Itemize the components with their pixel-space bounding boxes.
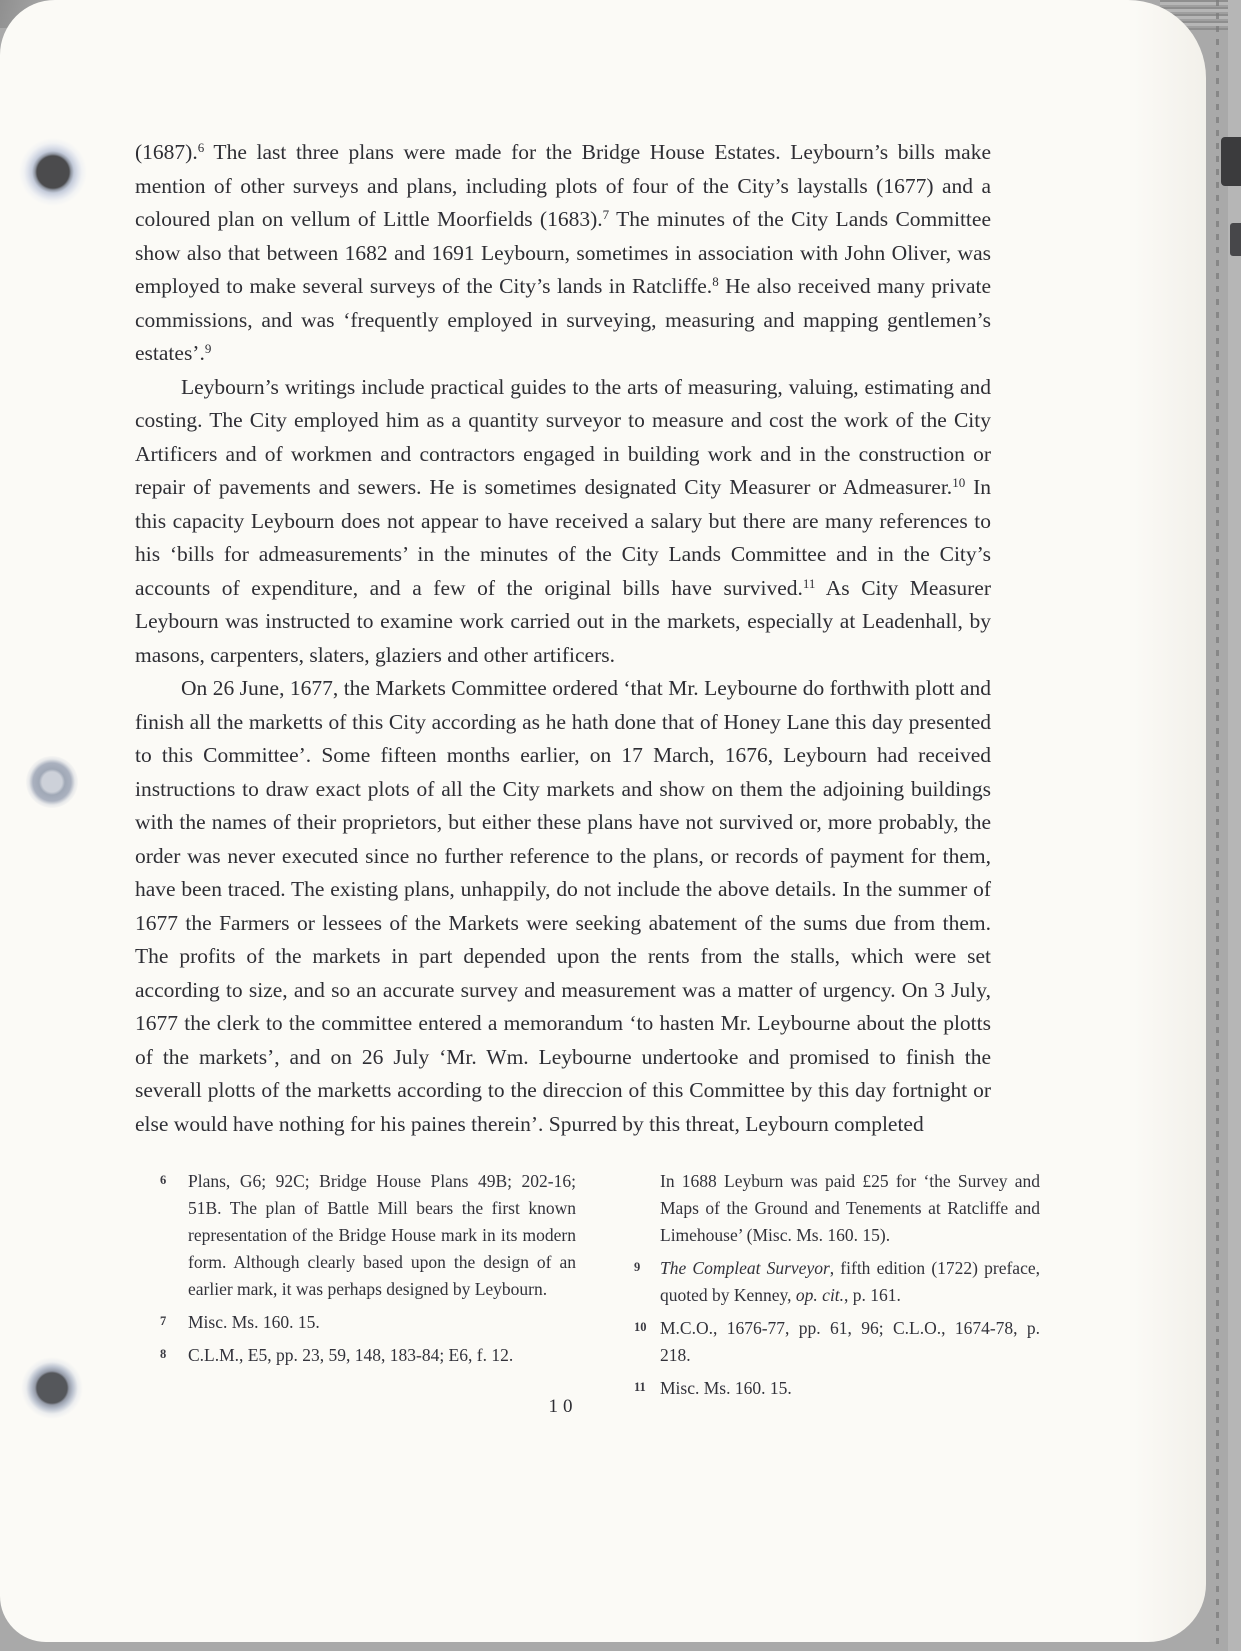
footnote-item-10: 10 M.C.O., 1676-77, pp. 61, 96; C.L.O., … bbox=[612, 1315, 1040, 1369]
footnote-number: 7 bbox=[160, 1308, 166, 1335]
main-text-block: (1687).6 The last three plans were made … bbox=[135, 136, 991, 1141]
punch-hole-top bbox=[18, 137, 88, 207]
text-run: Leybourn’s writings include practical gu… bbox=[135, 375, 991, 500]
page-number: 10 bbox=[135, 1396, 991, 1418]
footnote-item-8: 8 C.L.M., E5, pp. 23, 59, 148, 183-84; E… bbox=[152, 1342, 576, 1369]
paragraph-2: Leybourn’s writings include practical gu… bbox=[135, 371, 991, 673]
punch-hole-middle bbox=[26, 756, 78, 808]
scanned-book-page: { "page": { "number": "10" }, "body": { … bbox=[0, 0, 1241, 1651]
footnote-item-7: 7 Misc. Ms. 160. 15. bbox=[152, 1309, 576, 1336]
footnote-text: C.L.M., E5, pp. 23, 59, 148, 183-84; E6,… bbox=[188, 1345, 513, 1365]
binding-mark-2 bbox=[1230, 223, 1241, 256]
footnote-number: 6 bbox=[160, 1167, 166, 1194]
page-edge-dashed-line bbox=[1216, 0, 1219, 1651]
text-run: (1687). bbox=[135, 140, 198, 164]
footnote-text: Misc. Ms. 160. 15. bbox=[188, 1312, 320, 1332]
footnote-left-column: 6 Plans, G6; 92C; Bridge House Plans 49B… bbox=[152, 1168, 576, 1375]
footnote-number: 9 bbox=[634, 1254, 640, 1281]
footnote-text: In 1688 Leyburn was paid £25 for ‘the Su… bbox=[660, 1171, 1040, 1245]
footnote-marker-9: 9 bbox=[205, 341, 212, 356]
footnote-marker-11: 11 bbox=[803, 576, 816, 591]
footnote-italic-title: The Compleat Surveyor bbox=[660, 1258, 830, 1278]
footnote-text: , p. 161. bbox=[844, 1285, 901, 1305]
paragraph-3: On 26 June, 1677, the Markets Committee … bbox=[135, 672, 991, 1141]
footnote-right-column: In 1688 Leyburn was paid £25 for ‘the Su… bbox=[612, 1168, 1040, 1408]
footnote-text: Plans, G6; 92C; Bridge House Plans 49B; … bbox=[188, 1171, 576, 1299]
footnote-item-6-continued: In 1688 Leyburn was paid £25 for ‘the Su… bbox=[612, 1168, 1040, 1249]
footnote-number: 10 bbox=[634, 1314, 647, 1341]
footnote-item-9: 9The Compleat Surveyor, fifth edition (1… bbox=[612, 1255, 1040, 1309]
punch-hole-bottom bbox=[20, 1356, 84, 1420]
text-run: On 26 June, 1677, the Markets Committee … bbox=[135, 676, 991, 1136]
binding-mark-1 bbox=[1221, 137, 1241, 186]
footnote-item-6: 6 Plans, G6; 92C; Bridge House Plans 49B… bbox=[152, 1168, 576, 1303]
page-sheet: (1687).6 The last three plans were made … bbox=[0, 0, 1206, 1642]
paragraph-1: (1687).6 The last three plans were made … bbox=[135, 136, 991, 371]
footnote-text: Misc. Ms. 160. 15. bbox=[660, 1378, 792, 1398]
footnote-italic-opcit: op. cit. bbox=[796, 1285, 844, 1305]
footnote-marker-10: 10 bbox=[952, 475, 965, 490]
footnote-text: M.C.O., 1676-77, pp. 61, 96; C.L.O., 167… bbox=[660, 1318, 1040, 1365]
footnote-number: 8 bbox=[160, 1341, 166, 1368]
